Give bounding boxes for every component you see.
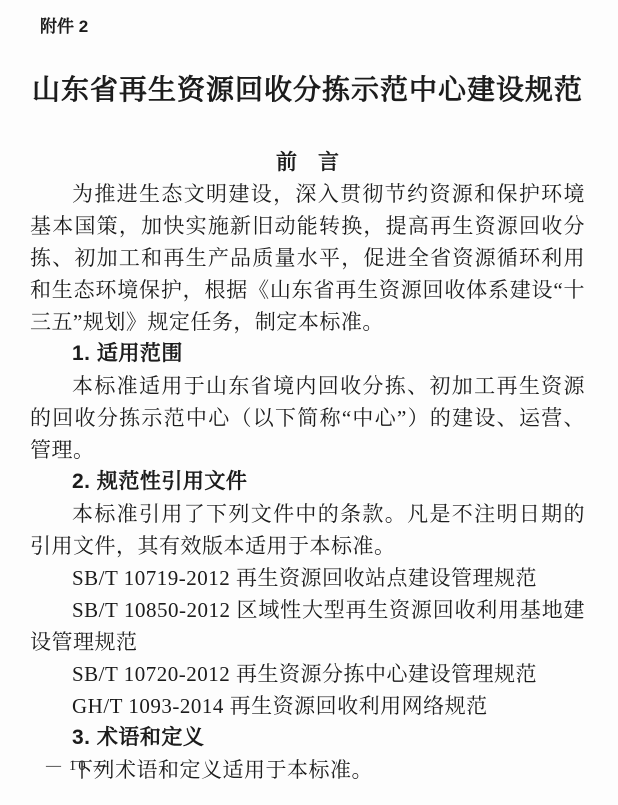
attachment-label: 附件 2: [40, 16, 585, 38]
reference-item-2: SB/T 10850-2012 区域性大型再生资源回收利用基地建设管理规范: [30, 594, 585, 658]
section-1-heading: 1. 适用范围: [30, 338, 585, 370]
section-1-paragraph: 本标准适用于山东省境内回收分拣、初加工再生资源的回收分拣示范中心（以下简称“中心…: [30, 370, 585, 466]
section-3-paragraph: 下列术语和定义适用于本标准。: [30, 754, 585, 786]
document-title: 山东省再生资源回收分拣示范中心建设规范: [30, 76, 585, 106]
reference-item-4: GH/T 1093-2014 再生资源回收利用网络规范: [30, 690, 585, 722]
section-3-heading: 3. 术语和定义: [30, 722, 585, 754]
section-2-paragraph: 本标准引用了下列文件中的条款。凡是不注明日期的引用文件，其有效版本适用于本标准。: [30, 498, 585, 562]
reference-item-3: SB/T 10720-2012 再生资源分拣中心建设管理规范: [30, 658, 585, 690]
foreword-heading: 前 言: [30, 152, 585, 174]
foreword-paragraph: 为推进生态文明建设，深入贯彻节约资源和保护环境基本国策，加快实施新旧动能转换，提…: [30, 178, 585, 338]
section-2-heading: 2. 规范性引用文件: [30, 466, 585, 498]
reference-item-1: SB/T 10719-2012 再生资源回收站点建设管理规范: [30, 562, 585, 594]
document-page: 附件 2 山东省再生资源回收分拣示范中心建设规范 前 言 为推进生态文明建设，深…: [0, 0, 618, 805]
page-number: — 10 —: [46, 757, 111, 775]
